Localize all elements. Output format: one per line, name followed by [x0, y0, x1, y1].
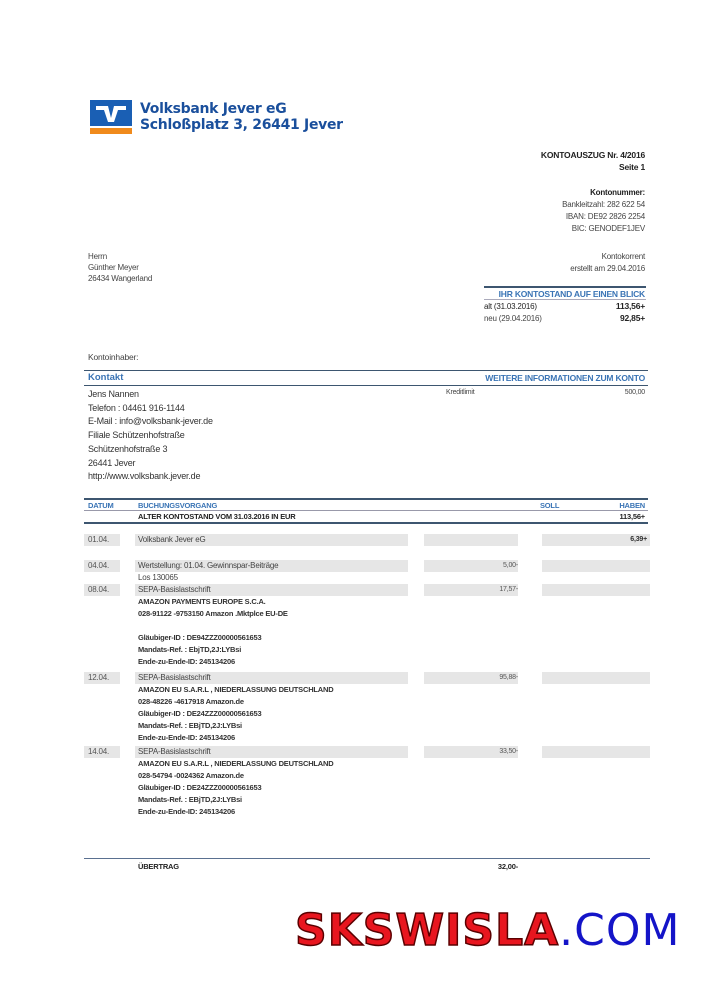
transaction-debit: 33,50-	[424, 746, 518, 758]
transaction-line: Gläubiger-ID : DE24ZZZ00000561653	[138, 708, 261, 720]
contact-branch: Filiale Schützenhofstraße	[88, 429, 213, 443]
credit-cell-bg	[542, 746, 650, 758]
transaction-line: Mandats-Ref. : EbjTD,2J:LYBsi	[138, 644, 241, 656]
credit-limit-label: Kreditlimit	[446, 387, 475, 398]
transaction-date: 01.04.	[88, 534, 109, 546]
credit-cell-bg	[542, 584, 650, 596]
transaction-line: Los 130065	[138, 572, 178, 584]
col-debit: SOLL	[540, 501, 559, 510]
transaction-line: SEPA-Basislastschrift	[138, 584, 211, 596]
overview-old-value: 113,56+	[616, 301, 645, 312]
transaction-line: 028-91122 -9753150 Amazon .Mktplce EU-DE	[138, 608, 288, 620]
overview-rule	[484, 286, 646, 288]
account-holder-label: Kontoinhaber:	[88, 352, 138, 363]
contact-bottom-rule	[84, 385, 648, 386]
transaction-line: 028-48226 -4617918 Amazon.de	[138, 696, 244, 708]
recipient-name: Günther Meyer	[88, 262, 139, 273]
overview-new-label: neu (29.04.2016)	[484, 313, 542, 324]
contact-phone: Telefon : 04461 916-1144	[88, 402, 213, 416]
transaction-debit: 5,00-	[424, 560, 518, 572]
col-date: DATUM	[88, 501, 114, 510]
transaction-line: Wertstellung: 01.04. Gewinnspar-Beiträge	[138, 560, 278, 572]
more-info-title: WEITERE INFORMATIONEN ZUM KONTO	[485, 373, 645, 383]
contact-title: Kontakt	[88, 372, 123, 383]
transaction-date: 04.04.	[88, 560, 109, 572]
created-date: erstellt am 29.04.2016	[570, 263, 645, 274]
recipient-salutation: Herrn	[88, 251, 107, 262]
transaction-credit: 6,39+	[542, 534, 647, 546]
transaction-line: AMAZON PAYMENTS EUROPE S.C.A.	[138, 596, 266, 608]
bank-name: Volksbank Jever eG	[140, 101, 343, 117]
overview-old-label: alt (31.03.2016)	[484, 301, 537, 312]
contact-top-rule	[84, 370, 648, 371]
table-top-rule	[84, 498, 648, 500]
watermark-domain: .COM	[559, 905, 680, 956]
col-credit: HABEN	[619, 501, 645, 510]
account-type: Kontokorrent	[602, 251, 645, 262]
col-description: BUCHUNGSVORGANG	[138, 501, 217, 510]
carry-label: ÜBERTRAG	[138, 861, 179, 872]
transaction-date: 08.04.	[88, 584, 109, 596]
volksbank-logo-icon	[90, 100, 132, 134]
transaction-line: Volksbank Jever eG	[138, 534, 206, 546]
transaction-line: Ende-zu-Ende-ID: 245134206	[138, 806, 235, 818]
transaction-line: SEPA-Basislastschrift	[138, 672, 211, 684]
credit-cell-bg	[542, 560, 650, 572]
transaction-line: Ende-zu-Ende-ID: 245134206	[138, 732, 235, 744]
opening-rule	[84, 522, 648, 524]
watermark: SKSWISLA.COM	[295, 905, 680, 956]
recipient-city: 26434 Wangerland	[88, 273, 152, 284]
transaction-date: 12.04.	[88, 672, 109, 684]
transaction-line: Gläubiger-ID : DE24ZZZ00000561653	[138, 782, 261, 794]
bank-address: Schloßplatz 3, 26441 Jever	[140, 117, 343, 133]
watermark-name: SKSWISLA	[295, 905, 559, 956]
page-number: Seite 1	[619, 162, 645, 173]
transaction-line: Mandats-Ref. : EBjTD,2J:LYBsi	[138, 794, 242, 806]
contact-street: Schützenhofstraße 3	[88, 443, 213, 457]
transaction-line: Gläubiger-ID : DE94ZZZ00000561653	[138, 632, 261, 644]
carry-value: 32,00-	[420, 861, 518, 872]
transaction-date: 14.04.	[88, 746, 109, 758]
bic: BIC: GENODEF1JEV	[572, 223, 645, 234]
contact-block: Jens Nannen Telefon : 04461 916-1144 E-M…	[88, 388, 213, 484]
credit-limit-value: 500,00	[625, 387, 645, 398]
overview-title: IHR KONTOSTAND AUF EINEN BLICK	[499, 289, 645, 299]
transaction-debit: 95,88-	[424, 672, 518, 684]
account-number-label: Kontonummer:	[590, 187, 645, 198]
transaction-line: Mandats-Ref. : EBjTD,2J:LYBsi	[138, 720, 242, 732]
transaction-line: SEPA-Basislastschrift	[138, 746, 211, 758]
transaction-line: AMAZON EU S.A.R.L , NIEDERLASSUNG DEUTSC…	[138, 758, 333, 770]
iban: IBAN: DE92 2826 2254	[566, 211, 645, 222]
bank-code: Bankleitzahl: 282 622 54	[562, 199, 645, 210]
contact-person: Jens Nannen	[88, 388, 213, 402]
transaction-line: AMAZON EU S.A.R.L , NIEDERLASSUNG DEUTSC…	[138, 684, 333, 696]
opening-balance-label: ALTER KONTOSTAND VOM 31.03.2016 IN EUR	[138, 511, 295, 522]
overview-new-value: 92,85+	[620, 313, 645, 324]
transaction-line: 028-54794 -0024362 Amazon.de	[138, 770, 244, 782]
contact-city: 26441 Jever	[88, 457, 213, 471]
bank-header: Volksbank Jever eG Schloßplatz 3, 26441 …	[140, 101, 343, 133]
contact-website[interactable]: http://www.volksbank.jever.de	[88, 470, 213, 484]
debit-cell-bg	[424, 534, 518, 546]
carry-rule	[84, 858, 650, 859]
credit-cell-bg	[542, 672, 650, 684]
overview-divider	[484, 299, 646, 300]
opening-balance-value: 113,56+	[619, 511, 645, 522]
contact-email[interactable]: E-Mail : info@volksbank-jever.de	[88, 415, 213, 429]
statement-title: KONTOAUSZUG Nr. 4/2016	[541, 150, 645, 161]
transaction-debit: 17,57-	[424, 584, 518, 596]
transaction-line: Ende-zu-Ende-ID: 245134206	[138, 656, 235, 668]
